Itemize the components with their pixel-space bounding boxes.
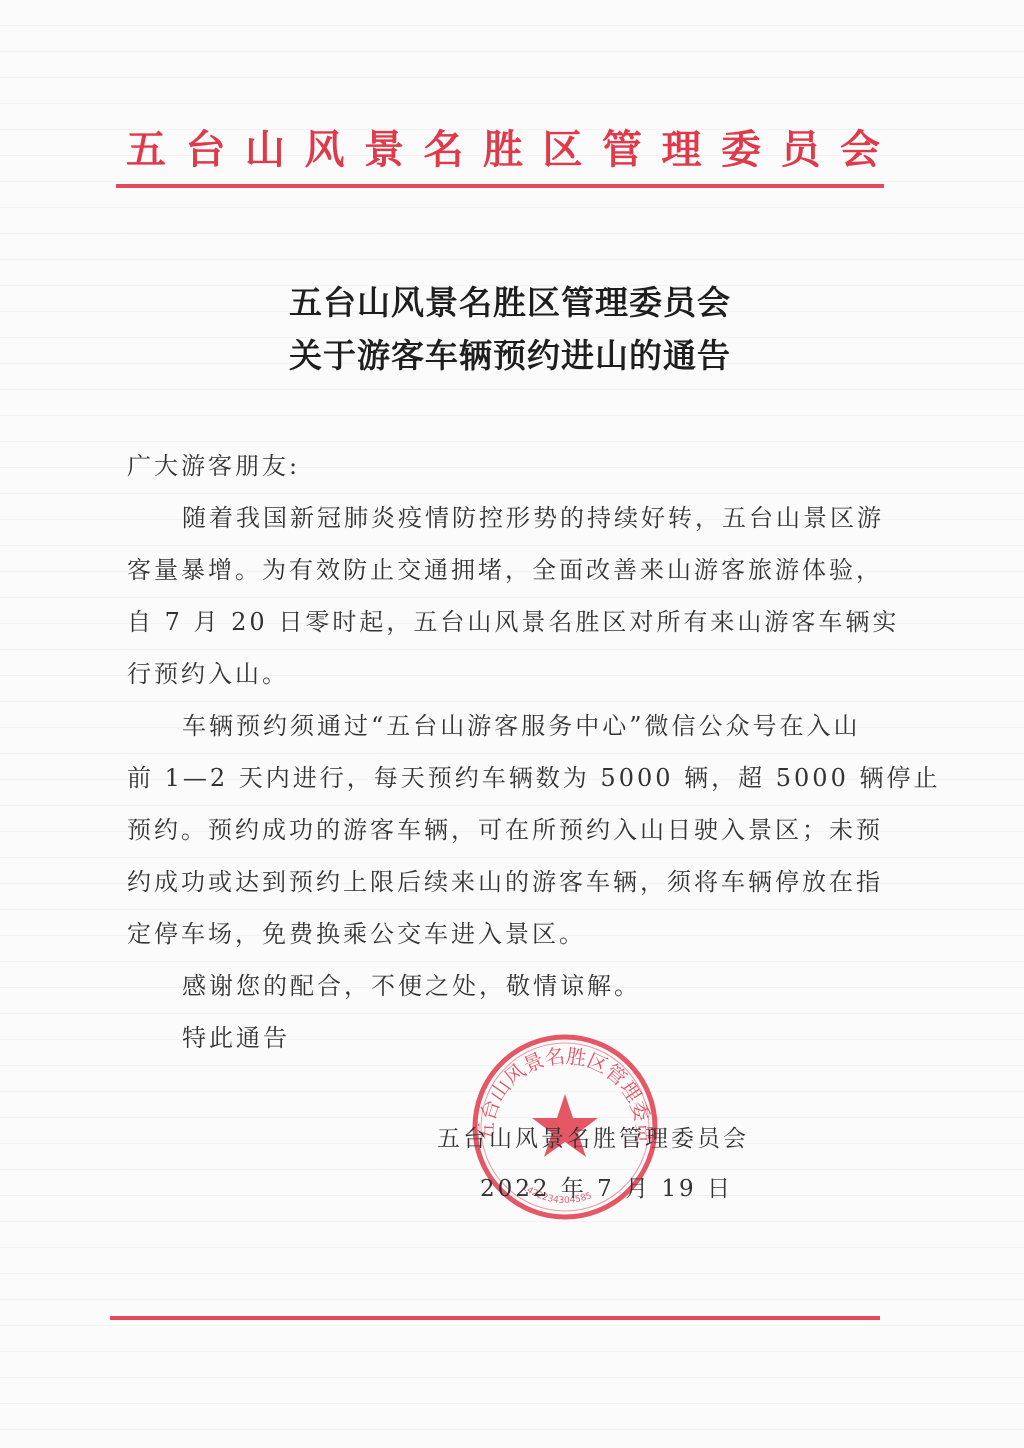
document-title-line2: 关于游客车辆预约进山的通告 xyxy=(200,330,820,377)
body-line: 约成功或达到预约上限后续来山的游客车辆，须将车辆停放在指 xyxy=(127,862,883,897)
signature-org: 五台山风景名胜管理委员会 xyxy=(437,1120,749,1153)
letterhead-char: 委 xyxy=(713,118,769,175)
body-line: 前 1—2 天内进行，每天预约车辆数为 5000 辆，超 5000 辆停止 xyxy=(127,758,940,793)
body-line: 车辆预约须通过“五台山游客服务中心”微信公众号在入山 xyxy=(182,706,861,741)
letterhead-char: 台 xyxy=(178,118,234,175)
letterhead: 五 台 山 风 景 名 胜 区 管 理 委 员 会 xyxy=(118,118,888,175)
letterhead-char: 风 xyxy=(297,118,353,175)
body-line: 行预约入山。 xyxy=(127,654,289,689)
letterhead-char: 员 xyxy=(773,118,829,175)
letterhead-char: 理 xyxy=(654,118,710,175)
footer-divider xyxy=(110,1316,880,1320)
body-line: 定停车场，免费换乘公交车进入景区。 xyxy=(127,914,586,949)
body-line: 预约。预约成功的游客车辆，可在所预约入山日驶入景区；未预 xyxy=(127,810,883,845)
signature-date: 2022 年 7 月 19 日 xyxy=(480,1170,733,1203)
letterhead-divider xyxy=(116,184,884,188)
letterhead-char: 管 xyxy=(594,118,650,175)
letterhead-char: 山 xyxy=(237,118,293,175)
closing-line: 感谢您的配合，不便之处，敬情谅解。 xyxy=(182,966,641,1001)
letterhead-char: 会 xyxy=(832,118,888,175)
closing-notice: 特此通告 xyxy=(182,1018,290,1053)
body-line: 随着我国新冠肺炎疫情防控形势的持续好转，五台山景区游 xyxy=(182,498,884,533)
body-line: 自 7 月 20 日零时起，五台山风景名胜区对所有来山游客车辆实 xyxy=(127,602,899,637)
letterhead-char: 五 xyxy=(118,118,174,175)
letterhead-char: 名 xyxy=(416,118,472,175)
salutation: 广大游客朋友: xyxy=(127,446,300,481)
document-title-line1: 五台山风景名胜区管理委员会 xyxy=(200,277,820,324)
letterhead-char: 区 xyxy=(535,118,591,175)
letterhead-char: 景 xyxy=(356,118,412,175)
body-line: 客量暴增。为有效防止交通拥堵，全面改善来山游客旅游体验， xyxy=(127,550,883,585)
letterhead-char: 胜 xyxy=(475,118,531,175)
